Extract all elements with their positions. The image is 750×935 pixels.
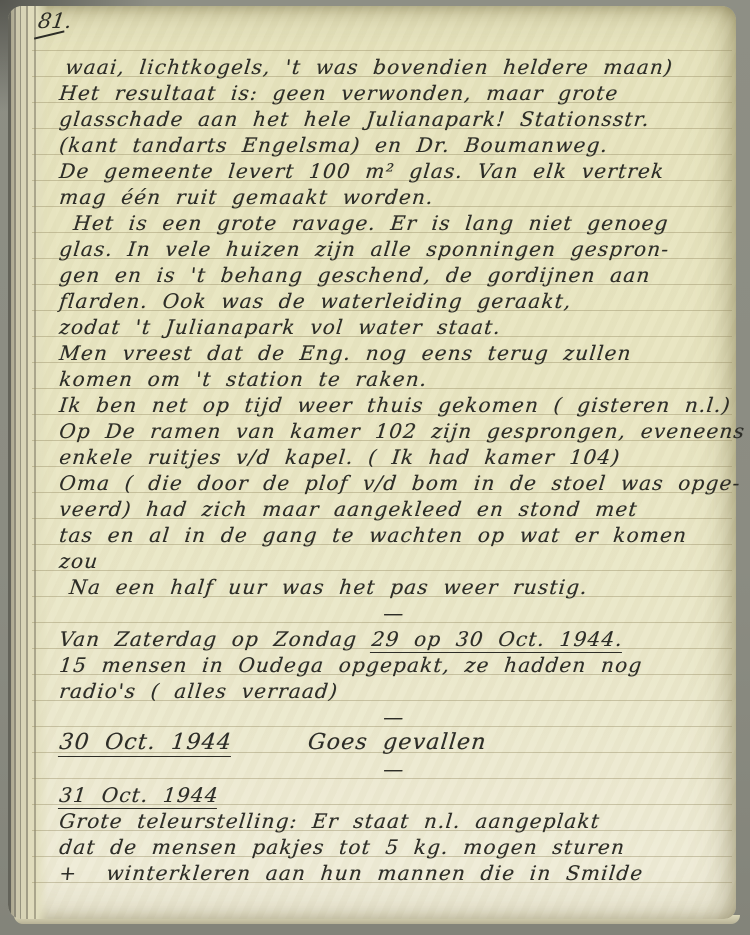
handwriting-line: glasschade aan het hele Julianapark! Sta… xyxy=(58,106,729,132)
handwriting-text: enkele ruitjes v/d kapel. ( Ik had kamer… xyxy=(58,445,622,469)
handwriting-text: De gemeente levert 100 m² glas. Van elk … xyxy=(58,159,666,183)
handwriting-line: glas. In vele huizen zijn alle sponninge… xyxy=(58,236,729,262)
handwriting-text: komen om 't station te raken. xyxy=(58,367,429,391)
handwriting-text: Het resultaat is: geen verwonden, maar g… xyxy=(58,81,620,105)
handwriting-text: dat de mensen pakjes tot 5 kg. mogen stu… xyxy=(58,835,626,859)
handwriting-text: 15 mensen in Oudega opgepakt, ze hadden … xyxy=(58,653,644,677)
handwriting-line: zou xyxy=(58,548,729,574)
handwriting-text: gen en is 't behang geschend, de gordijn… xyxy=(58,263,652,287)
handwriting-line: Van Zaterdag op Zondag 29 op 30 Oct. 194… xyxy=(58,626,729,652)
handwriting-line: zodat 't Julianapark vol water staat. xyxy=(58,314,729,340)
underlined-date-text: 30 Oct. 1944 xyxy=(58,730,233,757)
handwriting-text: Ik ben net op tijd weer thuis gekomen ( … xyxy=(58,393,732,417)
handwriting-line: Grote teleurstelling: Er staat n.l. aang… xyxy=(58,808,729,834)
handwriting-text: veerd) had zich maar aangekleed en stond… xyxy=(58,497,639,521)
underlined-date-text: 31 Oct. 1944 xyxy=(58,783,220,809)
underlined-date-text: 29 op 30 Oct. 1944. xyxy=(370,627,624,653)
handwriting-line: 15 mensen in Oudega opgepakt, ze hadden … xyxy=(58,652,729,678)
notebook-page: 81. waai, lichtkogels, 't was bovendien … xyxy=(8,6,736,919)
handwriting-text: + winterkleren aan hun mannen die in Smi… xyxy=(58,861,645,885)
handwriting-line: Het resultaat is: geen verwonden, maar g… xyxy=(58,80,729,106)
page-stack-edges xyxy=(8,6,48,919)
handwriting-line: gen en is 't behang geschend, de gordijn… xyxy=(58,262,729,288)
handwriting-line: Op De ramen van kamer 102 zijn gespronge… xyxy=(58,418,729,444)
handwriting-text: zodat 't Julianapark vol water staat. xyxy=(58,315,502,339)
handwriting-line: komen om 't station te raken. xyxy=(58,366,729,392)
handwriting-text: radio's ( alles verraad) xyxy=(58,679,339,703)
handwriting-text: zou xyxy=(58,549,100,573)
handwriting-text: Van Zaterdag op Zondag xyxy=(58,627,373,651)
handwriting-line: tas en al in de gang te wachten op wat e… xyxy=(58,522,729,548)
handwriting-line: 30 Oct. 1944 Goes gevallen xyxy=(58,730,729,756)
handwriting-line: Na een half uur was het pas weer rustig. xyxy=(58,574,729,600)
handwriting-line: Oma ( die door de plof v/d bom in de sto… xyxy=(58,470,729,496)
section-separator: — xyxy=(58,704,729,730)
handwriting-text: flarden. Ook was de waterleiding geraakt… xyxy=(58,289,573,313)
handwriting-text: Op De ramen van kamer 102 zijn gespronge… xyxy=(58,419,746,443)
handwriting-text: Grote teleurstelling: Er staat n.l. aang… xyxy=(58,809,601,833)
handwriting-text: tas en al in de gang te wachten op wat e… xyxy=(58,523,688,547)
section-separator: — xyxy=(58,600,729,626)
handwriting-text: Goes gevallen xyxy=(231,730,488,755)
section-separator: — xyxy=(58,756,729,782)
handwriting-text: Na een half uur was het pas weer rustig. xyxy=(68,575,589,599)
handwriting-line: Het is een grote ravage. Er is lang niet… xyxy=(58,210,729,236)
diary-body: waai, lichtkogels, 't was bovendien held… xyxy=(58,54,726,886)
handwriting-line: radio's ( alles verraad) xyxy=(58,678,729,704)
handwriting-line: enkele ruitjes v/d kapel. ( Ik had kamer… xyxy=(58,444,729,470)
handwriting-text: Men vreest dat de Eng. nog eens terug zu… xyxy=(58,341,633,365)
handwriting-text: waai, lichtkogels, 't was bovendien held… xyxy=(64,55,674,79)
handwriting-text: Oma ( die door de plof v/d bom in de sto… xyxy=(58,471,742,495)
handwriting-text: glas. In vele huizen zijn alle sponninge… xyxy=(58,237,671,261)
handwriting-line: flarden. Ook was de waterleiding geraakt… xyxy=(58,288,729,314)
handwriting-text: glasschade aan het hele Julianapark! Sta… xyxy=(58,107,651,131)
handwriting-line: + winterkleren aan hun mannen die in Smi… xyxy=(58,860,729,886)
handwriting-line: dat de mensen pakjes tot 5 kg. mogen stu… xyxy=(58,834,729,860)
handwriting-line: (kant tandarts Engelsma) en Dr. Boumanwe… xyxy=(58,132,729,158)
handwriting-line: 31 Oct. 1944 xyxy=(58,782,729,808)
handwriting-line: Men vreest dat de Eng. nog eens terug zu… xyxy=(58,340,729,366)
page-number: 81. xyxy=(36,9,73,36)
handwriting-line: Ik ben net op tijd weer thuis gekomen ( … xyxy=(58,392,729,418)
handwriting-line: De gemeente levert 100 m² glas. Van elk … xyxy=(58,158,729,184)
diary-scan: 81. waai, lichtkogels, 't was bovendien … xyxy=(0,0,750,935)
handwriting-line: waai, lichtkogels, 't was bovendien held… xyxy=(58,54,729,80)
handwriting-line: mag één ruit gemaakt worden. xyxy=(58,184,729,210)
handwriting-text: mag één ruit gemaakt worden. xyxy=(58,185,435,209)
handwriting-line: veerd) had zich maar aangekleed en stond… xyxy=(58,496,729,522)
handwriting-text: (kant tandarts Engelsma) en Dr. Boumanwe… xyxy=(58,133,609,157)
handwriting-text: Het is een grote ravage. Er is lang niet… xyxy=(72,211,670,235)
